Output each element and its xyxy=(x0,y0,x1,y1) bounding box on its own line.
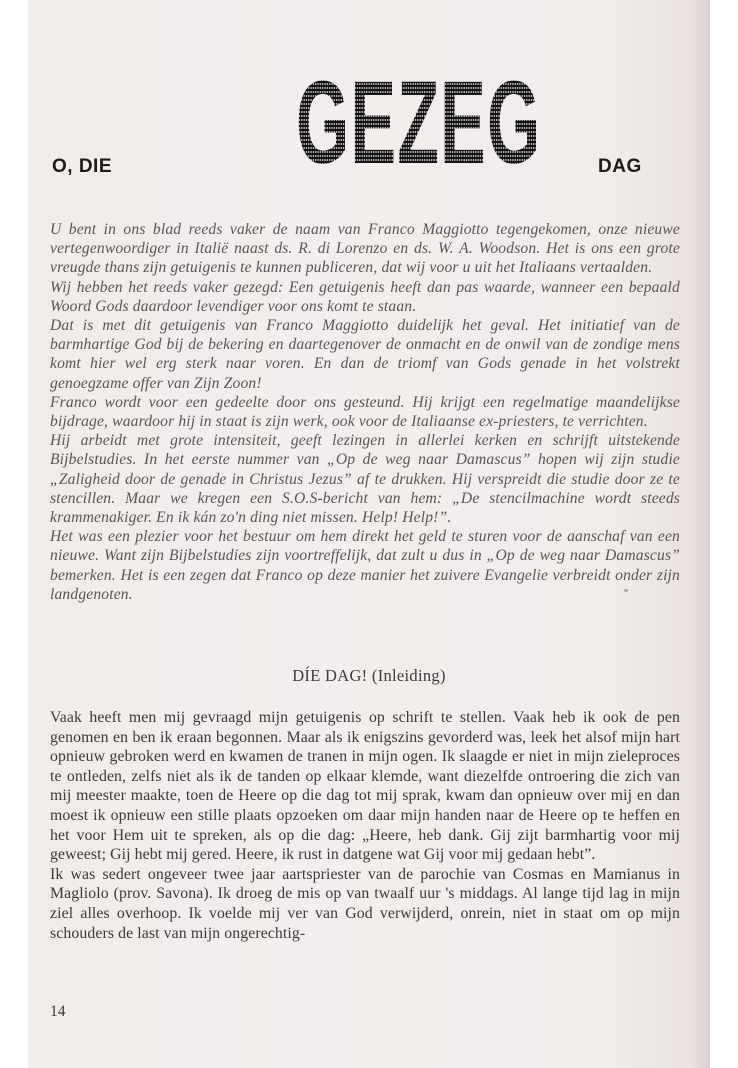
page-number: 14 xyxy=(50,1003,66,1021)
body-paragraph: Ik was sedert ongeveer twee jaar aartspr… xyxy=(50,865,680,943)
intro-paragraph: Dat is met dit getuigenis van Franco Mag… xyxy=(50,316,680,393)
intro-paragraph: Het was een plezier voor het bestuur om … xyxy=(50,527,680,604)
article-title: O, DIE GEZEGENDE DAG xyxy=(28,62,710,182)
intro-paragraph: U bent in ons blad reeds vaker de naam v… xyxy=(50,220,680,278)
body-paragraph: Vaak heeft men mij gevraagd mijn getuige… xyxy=(50,708,680,865)
article-body: Vaak heeft men mij gevraagd mijn getuige… xyxy=(50,708,680,943)
intro-paragraph: Hij arbeidt met grote intensiteit, geeft… xyxy=(50,431,680,527)
title-main-halftone: GEZEGENDE xyxy=(296,62,540,184)
editorial-intro: U bent in ons blad reeds vaker de naam v… xyxy=(50,220,680,604)
paper-speck xyxy=(624,589,628,592)
title-prefix: O, DIE xyxy=(52,156,112,178)
section-heading: DÍE DAG! (Inleiding) xyxy=(28,666,710,686)
magazine-page: O, DIE GEZEGENDE DAG U bent in ons blad … xyxy=(28,0,710,1068)
intro-paragraph: Wij hebben het reeds vaker gezegd: Een g… xyxy=(50,278,680,316)
title-suffix: DAG xyxy=(598,156,642,178)
intro-paragraph: Franco wordt voor een gedeelte door ons … xyxy=(50,393,680,431)
